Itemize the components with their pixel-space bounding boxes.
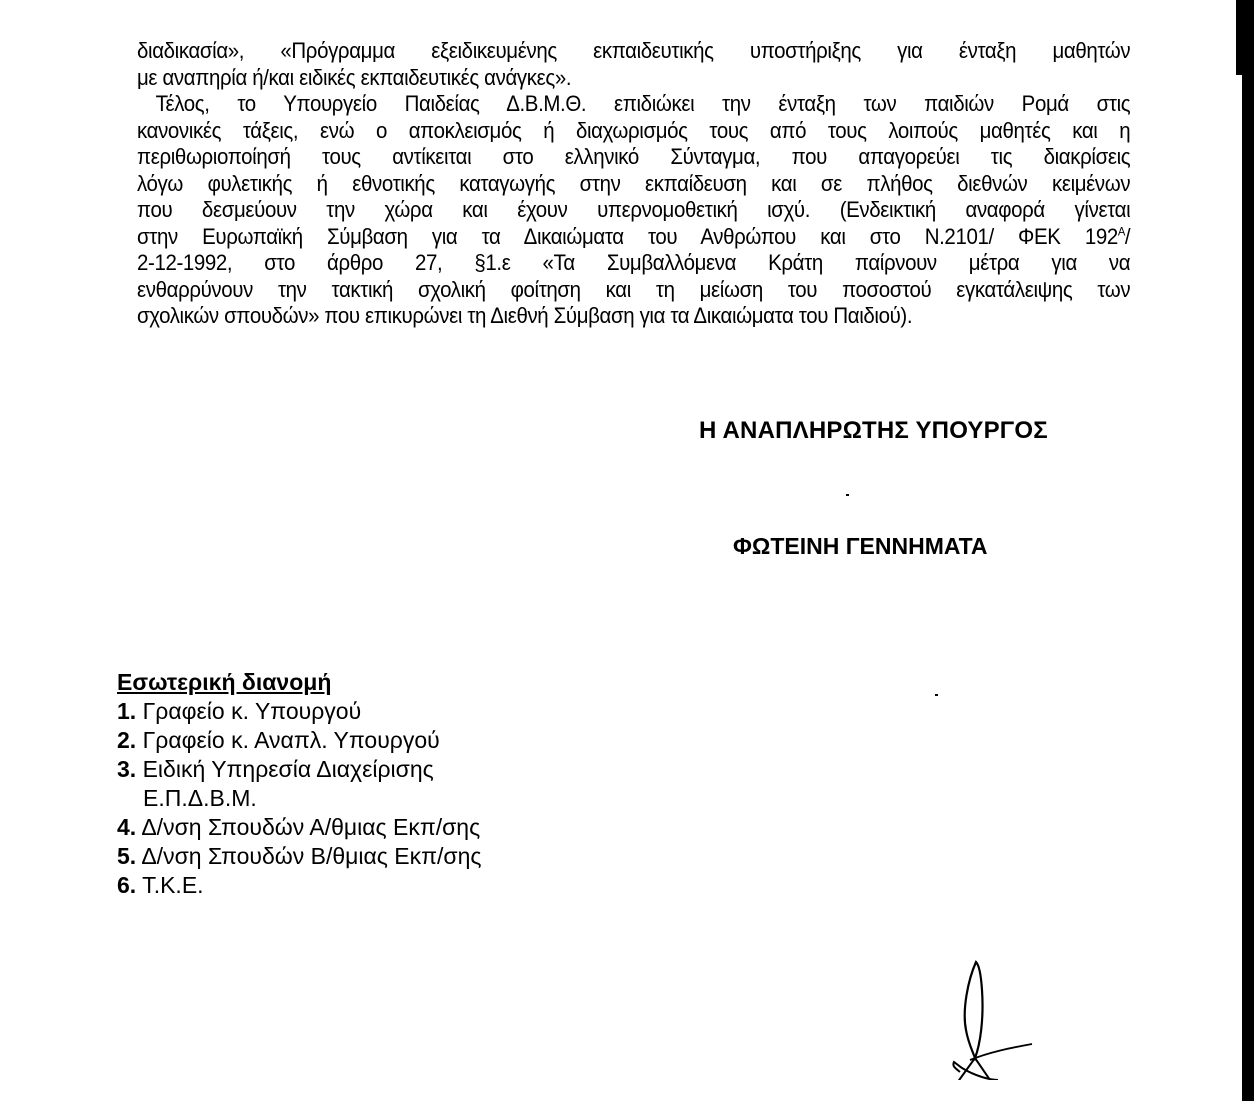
list-item: 1. Γραφείο κ. Υπουργού: [117, 697, 481, 726]
body-line: που δεσμεύουν την χώρα και έχουν υπερνομ…: [137, 197, 1130, 224]
body-line-text: στην Ευρωπαϊκή Σύμβαση για τα Δικαιώματα…: [137, 224, 1118, 249]
signatory-name: ΦΩΤΕΙΝΗ ΓΕΝΝΗΜΑΤΑ: [733, 533, 988, 560]
signatory-title: Η ΑΝΑΠΛΗΡΩΤΗΣ ΥΠΟΥΡΓΟΣ: [699, 417, 1048, 445]
list-item-number: 2.: [117, 727, 136, 753]
list-item-text: Γραφείο κ. Υπουργού: [143, 698, 362, 724]
distribution-heading: Εσωτερική διανομή: [117, 668, 481, 697]
body-line: λόγω φυλετικής ή εθνοτικής καταγωγής στη…: [137, 171, 1130, 198]
body-line: περιθωριοποίησή τους αντίκειται στο ελλη…: [137, 144, 1130, 171]
handwritten-signature: [940, 950, 1050, 1080]
body-line: 2-12-1992, στο άρθρο 27, §1.ε «Τα Συμβαλ…: [137, 250, 1130, 277]
list-item-number: 3.: [117, 756, 136, 782]
list-item-text: Δ/νση Σπουδών Β/θμιας Εκπ/σης: [141, 843, 481, 869]
scan-speck: [935, 694, 938, 696]
list-item-number: 6.: [117, 872, 136, 898]
list-item-text: Δ/νση Σπουδών Α/θμιας Εκπ/σης: [141, 814, 480, 840]
list-item-text: Ειδική Υπηρεσία Διαχείρισης: [143, 756, 434, 782]
body-line: με αναπηρία ή/και ειδικές εκπαιδευτικές …: [137, 65, 1130, 92]
list-item: 3. Ειδική Υπηρεσία Διαχείρισης: [117, 755, 481, 784]
body-line: κανονικές τάξεις, ενώ ο αποκλεισμός ή δι…: [137, 118, 1130, 145]
body-text: διαδικασία», «Πρόγραμμα εξειδικευμένης ε…: [137, 38, 1060, 330]
list-item-number: 4.: [117, 814, 136, 840]
body-line: σχολικών σπουδών» που επικυρώνει τη Διεθ…: [137, 303, 1130, 330]
list-item: 2. Γραφείο κ. Αναπλ. Υπουργού: [117, 726, 481, 755]
body-line: ενθαρρύνουν την τακτική σχολική φοίτηση …: [137, 277, 1130, 304]
list-item-text: Γραφείο κ. Αναπλ. Υπουργού: [143, 727, 440, 753]
body-line-fek: στην Ευρωπαϊκή Σύμβαση για τα Δικαιώματα…: [137, 224, 1130, 251]
list-item-text: Τ.Κ.Ε.: [142, 872, 203, 898]
internal-distribution-list: Εσωτερική διανομή 1. Γραφείο κ. Υπουργού…: [117, 668, 481, 900]
list-item-continuation: Ε.Π.Δ.Β.Μ.: [117, 784, 481, 813]
scan-edge-border-top: [1236, 0, 1242, 75]
list-item: 5. Δ/νση Σπουδών Β/θμιας Εκπ/σης: [117, 842, 481, 871]
list-item: 6. Τ.Κ.Ε.: [117, 871, 481, 900]
scan-speck: [846, 494, 849, 496]
list-item: 4. Δ/νση Σπουδών Α/θμιας Εκπ/σης: [117, 813, 481, 842]
fek-suffix: /: [1125, 224, 1130, 249]
scan-edge-border: [1242, 0, 1254, 1101]
body-line: διαδικασία», «Πρόγραμμα εξειδικευμένης ε…: [137, 38, 1130, 65]
body-line: Τέλος, το Υπουργείο Παιδείας Δ.Β.Μ.Θ. επ…: [137, 91, 1130, 118]
list-item-number: 5.: [117, 843, 136, 869]
list-item-number: 1.: [117, 698, 136, 724]
